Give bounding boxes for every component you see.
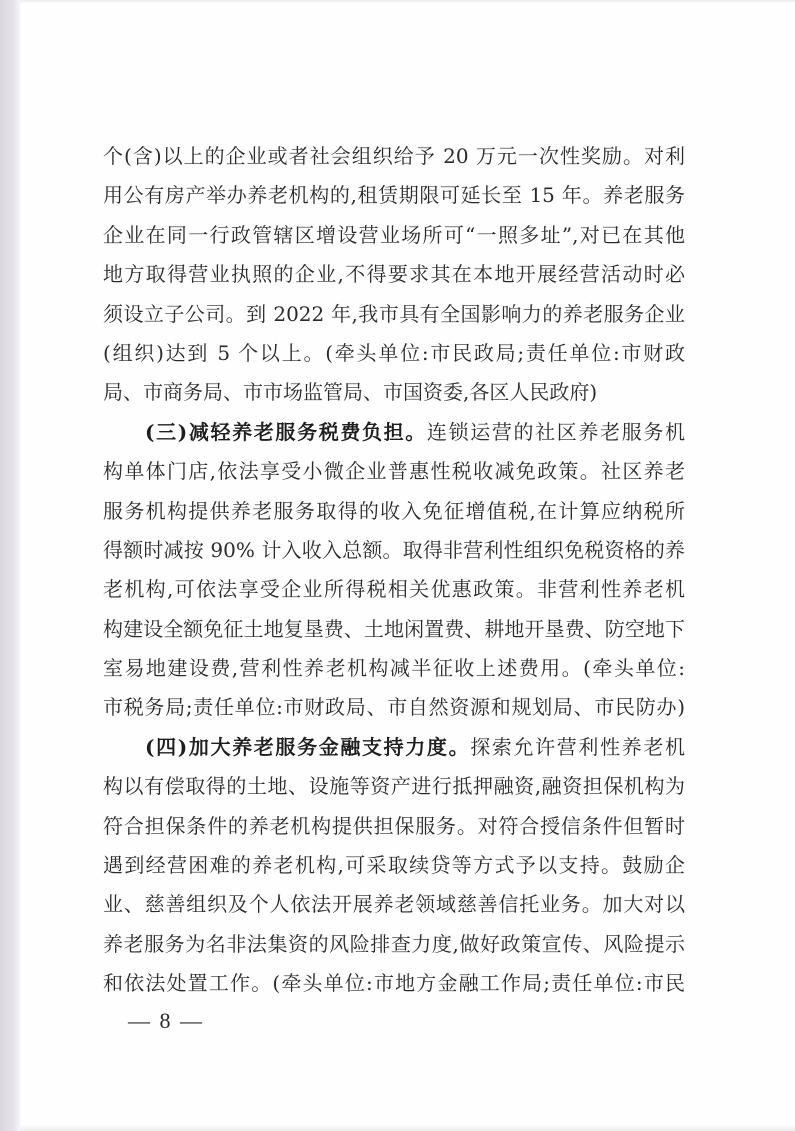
text-line: 服务机构提供养老服务取得的收入免征增值税,在计算应纳税所 — [103, 492, 685, 531]
text-line: 用公有房产举办养老机构的,租赁期限可延长至 15 年。养老服务 — [103, 176, 685, 215]
text-line: 构单体门店,依法享受小微企业普惠性税收减免政策。社区养老 — [103, 452, 685, 491]
scan-edge-shadow — [0, 0, 20, 1131]
text-line: 构建设全额免征土地复垦费、土地闲置费、耕地开垦费、防空地下 — [103, 610, 685, 649]
text-line: 养老服务为名非法集资的风险排查力度,做好政策宣传、风险提示 — [103, 925, 685, 964]
document-page: 个(含)以上的企业或者社会组织给予 20 万元一次性奖励。对利 用公有房产举办养… — [0, 0, 795, 1131]
section-heading: (四)加大养老服务金融支持力度。 — [145, 735, 470, 759]
text-line: 得额时减按 90% 计入收入总额。取得非营利性组织免税资格的养 — [103, 531, 685, 570]
text-line: 企业在同一行政管辖区增设营业场所可“一照多址”,对已在其他 — [103, 216, 685, 255]
document-body: 个(含)以上的企业或者社会组织给予 20 万元一次性奖励。对利 用公有房产举办养… — [103, 137, 685, 1004]
text-line: 符合担保条件的养老机构提供担保服务。对符合授信条件但暂时 — [103, 807, 685, 846]
paragraph-section-3: (三)减轻养老服务税费负担。连锁运营的社区养老服务机 构单体门店,依法享受小微企… — [103, 413, 685, 728]
paragraph-continuation: 个(含)以上的企业或者社会组织给予 20 万元一次性奖励。对利 用公有房产举办养… — [103, 137, 685, 413]
heading-line-rest: 探索允许营利性养老机 — [470, 735, 685, 759]
text-line: 须设立子公司。到 2022 年,我市具有全国影响力的养老服务企业 — [103, 295, 685, 334]
section-heading-line: (四)加大养老服务金融支持力度。探索允许营利性养老机 — [103, 728, 685, 767]
text-line: (组织)达到 5 个以上。(牵头单位:市民政局;责任单位:市财政 — [103, 334, 685, 373]
scan-bottom-edge — [20, 1125, 795, 1131]
text-line: 室易地建设费,营利性养老机构减半征收上述费用。(牵头单位: — [103, 649, 685, 688]
scan-top-edge — [20, 0, 795, 4]
section-heading: (三)减轻养老服务税费负担。 — [145, 420, 427, 444]
heading-line-rest: 连锁运营的社区养老服务机 — [427, 420, 685, 444]
text-line: 遇到经营困难的养老机构,可采取续贷等方式予以支持。鼓励企 — [103, 846, 685, 885]
text-line: 地方取得营业执照的企业,不得要求其在本地开展经营活动时必 — [103, 255, 685, 294]
text-line: 业、慈善组织及个人依法开展养老领域慈善信托业务。加大对以 — [103, 885, 685, 924]
text-line: 老机构,可依法享受企业所得税相关优惠政策。非营利性养老机 — [103, 570, 685, 609]
text-line: 局、市商务局、市市场监管局、市国资委,各区人民政府) — [103, 373, 685, 412]
page-number: — 8 — — [128, 1008, 204, 1034]
section-heading-line: (三)减轻养老服务税费负担。连锁运营的社区养老服务机 — [103, 413, 685, 452]
text-line: 构以有偿取得的土地、设施等资产进行抵押融资,融资担保机构为 — [103, 767, 685, 806]
paragraph-section-4: (四)加大养老服务金融支持力度。探索允许营利性养老机 构以有偿取得的土地、设施等… — [103, 728, 685, 1004]
text-line: 个(含)以上的企业或者社会组织给予 20 万元一次性奖励。对利 — [103, 137, 685, 176]
text-line: 和依法处置工作。(牵头单位:市地方金融工作局;责任单位:市民 — [103, 964, 685, 1003]
text-line: 市税务局;责任单位:市财政局、市自然资源和规划局、市民防办) — [103, 688, 685, 727]
